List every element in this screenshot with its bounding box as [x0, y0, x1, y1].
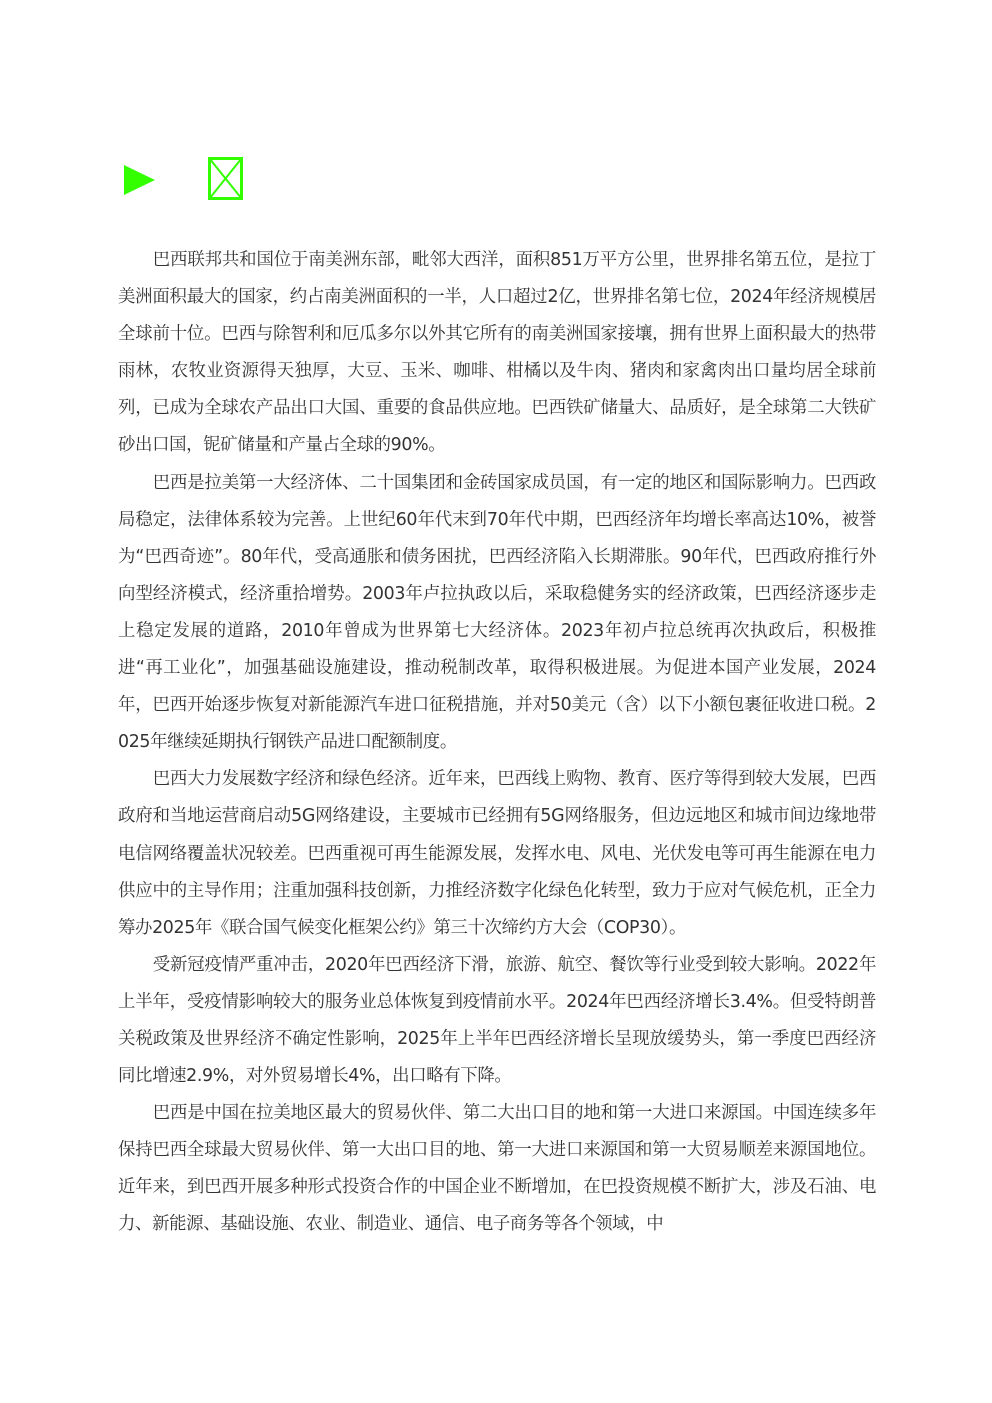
paragraph-covid-impact: 受新冠疫情严重冲击，2020年巴西经济下滑，旅游、航空、餐饮等行业受到较大影响。…: [118, 947, 876, 1095]
paragraph-digital-green-economy: 巴西大力发展数字经济和绿色经济。近年来，巴西线上购物、教育、医疗等得到较大发展，…: [118, 761, 876, 946]
paragraph-overview: 巴西联邦共和国位于南美洲东部，毗邻大西洋，面积851万平方公里，世界排名第五位，…: [118, 242, 876, 465]
header-icons: [0, 0, 992, 220]
paragraph-china-trade: 巴西是中国在拉美地区最大的贸易伙伴、第二大出口目的地和第一大进口来源国。中国连续…: [118, 1095, 876, 1243]
broken-image-icon: [208, 157, 243, 200]
play-icon: [124, 165, 155, 195]
document-body: 巴西联邦共和国位于南美洲东部，毗邻大西洋，面积851万平方公里，世界排名第五位，…: [118, 242, 876, 1244]
paragraph-economy-history: 巴西是拉美第一大经济体、二十国集团和金砖国家成员国，有一定的地区和国际影响力。巴…: [118, 465, 876, 762]
